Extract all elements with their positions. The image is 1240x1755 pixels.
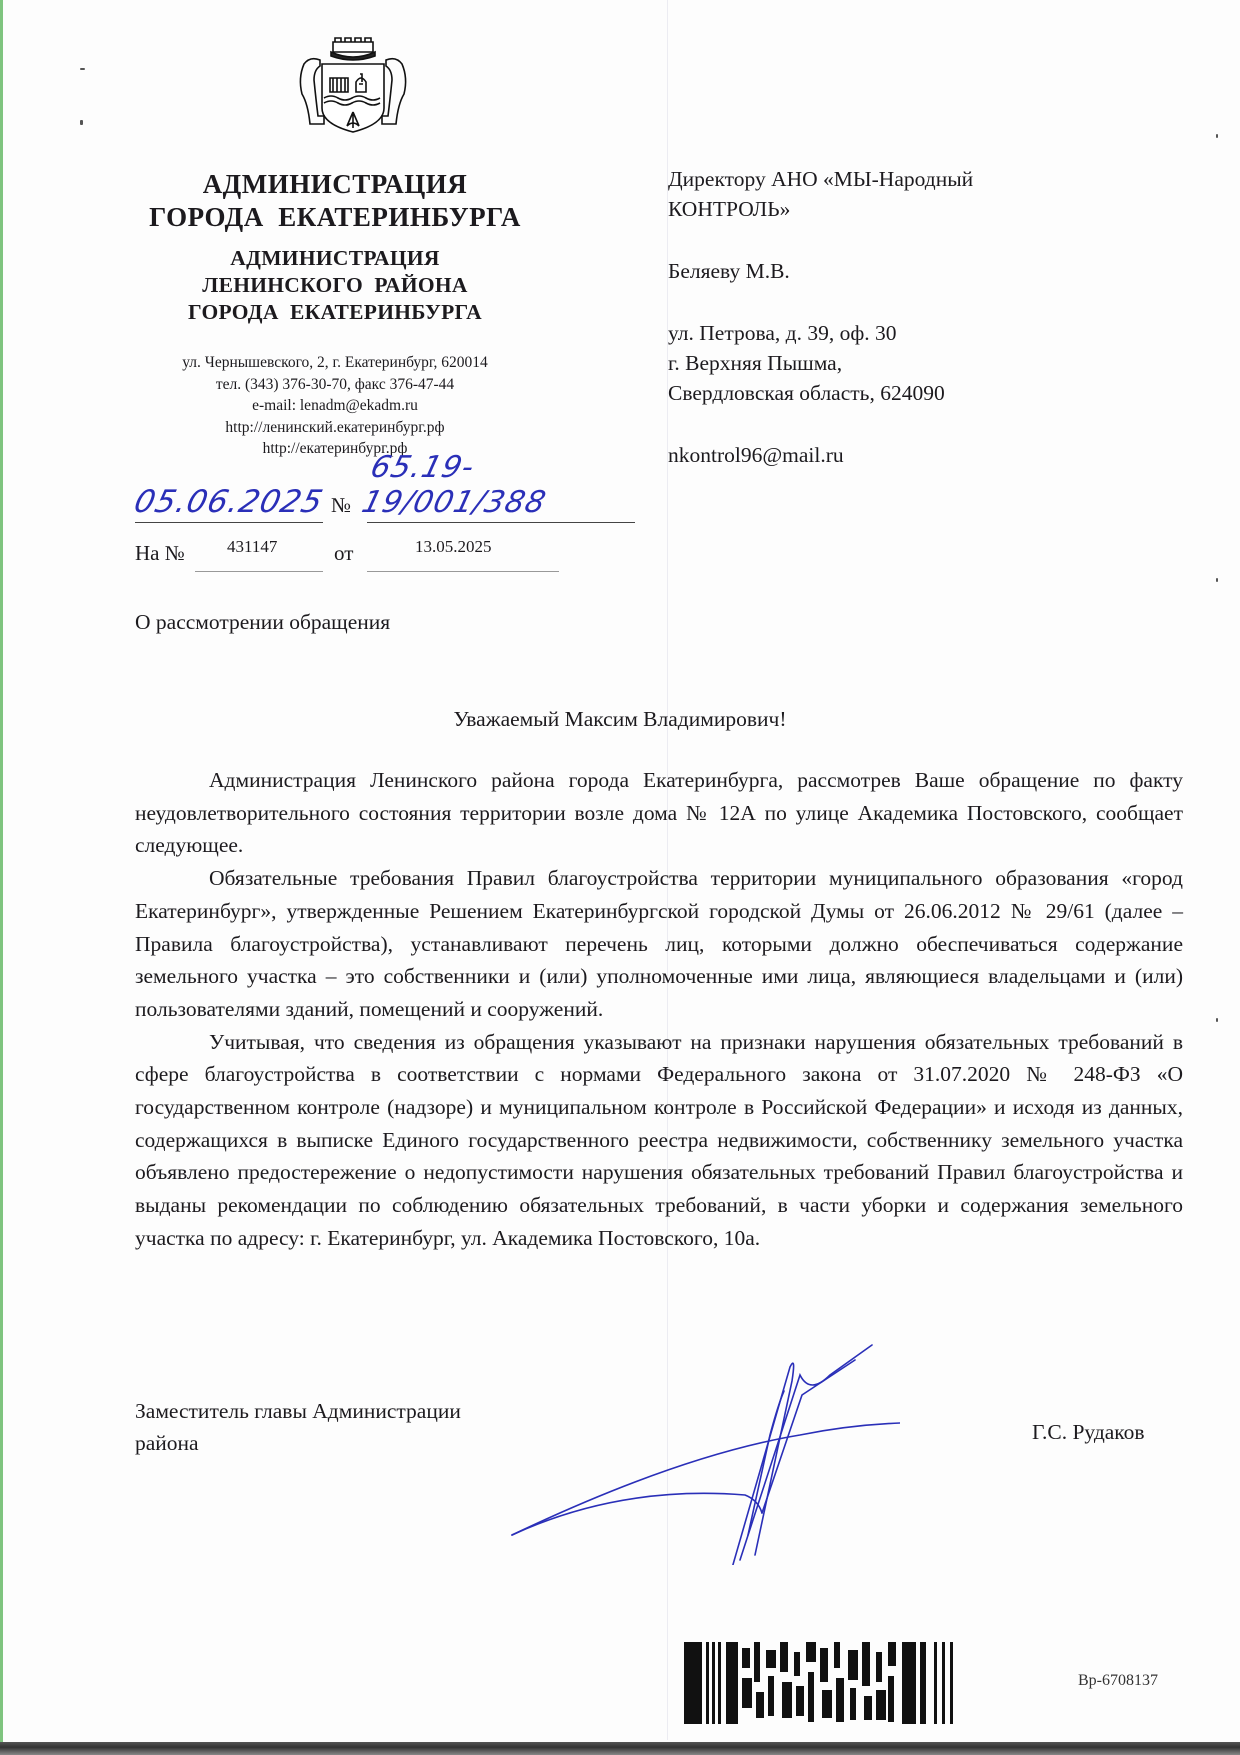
scan-bottom-edge — [0, 1742, 1240, 1755]
reply-to-date: 13.05.2025 — [415, 537, 492, 557]
document-code: Вр-6708137 — [1078, 1672, 1158, 1690]
phone-text: тел. (343) 376-30-70, факс 376-47-44 — [135, 374, 535, 396]
signatory-name: Г.С. Рудаков — [1032, 1420, 1145, 1445]
recipient-address: г. Верхняя Пышма, — [668, 348, 1188, 378]
scan-speck — [1216, 1018, 1218, 1022]
signatory-title-line: Заместитель главы Администрации — [135, 1395, 461, 1427]
recipient-address: ул. Петрова, д. 39, оф. 30 — [668, 318, 1188, 348]
reply-date-underline — [367, 571, 559, 572]
from-label: от — [334, 541, 353, 566]
letter-body: Администрация Ленинского района города Е… — [135, 764, 1183, 1255]
address-text: ул. Чернышевского, 2, г. Екатеринбург, 6… — [135, 352, 535, 374]
header-line: АДМИНИСТРАЦИЯ — [135, 245, 535, 272]
scan-speck — [1216, 134, 1218, 138]
header-line: ГОРОДА ЕКАТЕРИНБУРГА — [135, 299, 535, 326]
reply-to-number: 431147 — [227, 537, 277, 557]
recipient-organization: КОНТРОЛЬ» — [668, 194, 1188, 224]
header-line: ГОРОДА ЕКАТЕРИНБУРГА — [135, 201, 535, 234]
scan-speck — [80, 68, 85, 70]
registration-date: 05.06.2025 — [131, 484, 327, 520]
scan-edge — [0, 0, 3, 1755]
body-paragraph: Обязательные требования Правил благоустр… — [135, 862, 1183, 1026]
handwritten-signature — [500, 1335, 900, 1565]
signatory-title: Заместитель главы Администрации района — [135, 1395, 461, 1459]
reply-number-underline — [195, 571, 323, 572]
header-line: АДМИНИСТРАЦИЯ — [135, 168, 535, 201]
recipient-email: nkontrol96@mail.ru — [668, 440, 1188, 470]
number-underline — [367, 522, 635, 523]
reply-reference-line: На № 431147 от 13.05.2025 — [135, 535, 635, 575]
registration-number: 65.19-19/001/388 — [358, 450, 643, 520]
district-administration-header: АДМИНИСТРАЦИЯ ЛЕНИНСКОГО РАЙОНА ГОРОДА Е… — [135, 245, 535, 326]
registration-line: 05.06.2025 № 65.19-19/001/388 — [135, 478, 635, 528]
email-text: e-mail: lenadm@ekadm.ru — [135, 395, 535, 417]
letterhead-contacts: ул. Чернышевского, 2, г. Екатеринбург, 6… — [135, 352, 535, 460]
salutation: Уважаемый Максим Владимирович! — [0, 707, 1240, 732]
recipient-name: Беляеву М.В. — [668, 256, 1188, 286]
header-line: ЛЕНИНСКОГО РАЙОНА — [135, 272, 535, 299]
body-paragraph: Администрация Ленинского района города Е… — [135, 764, 1183, 862]
date-underline — [135, 522, 323, 523]
city-administration-header: АДМИНИСТРАЦИЯ ГОРОДА ЕКАТЕРИНБУРГА — [135, 168, 535, 234]
recipient-position: Директору АНО «МЫ-Народный — [668, 164, 1188, 194]
body-paragraph: Учитывая, что сведения из обращения указ… — [135, 1026, 1183, 1255]
reply-to-label: На № — [135, 541, 185, 566]
website-link: http://ленинский.екатеринбург.рф — [135, 417, 535, 439]
recipient-address: Свердловская область, 624090 — [668, 378, 1188, 408]
coat-of-arms-icon — [290, 34, 416, 142]
recipient-block: Директору АНО «МЫ-Народный КОНТРОЛЬ» Бел… — [668, 164, 1188, 470]
letter-subject: О рассмотрении обращения — [135, 610, 390, 635]
scan-speck — [1216, 578, 1218, 582]
pdf417-barcode — [684, 1642, 974, 1724]
signatory-title-line: района — [135, 1427, 461, 1459]
number-sign: № — [331, 493, 351, 518]
scan-speck — [80, 120, 83, 125]
